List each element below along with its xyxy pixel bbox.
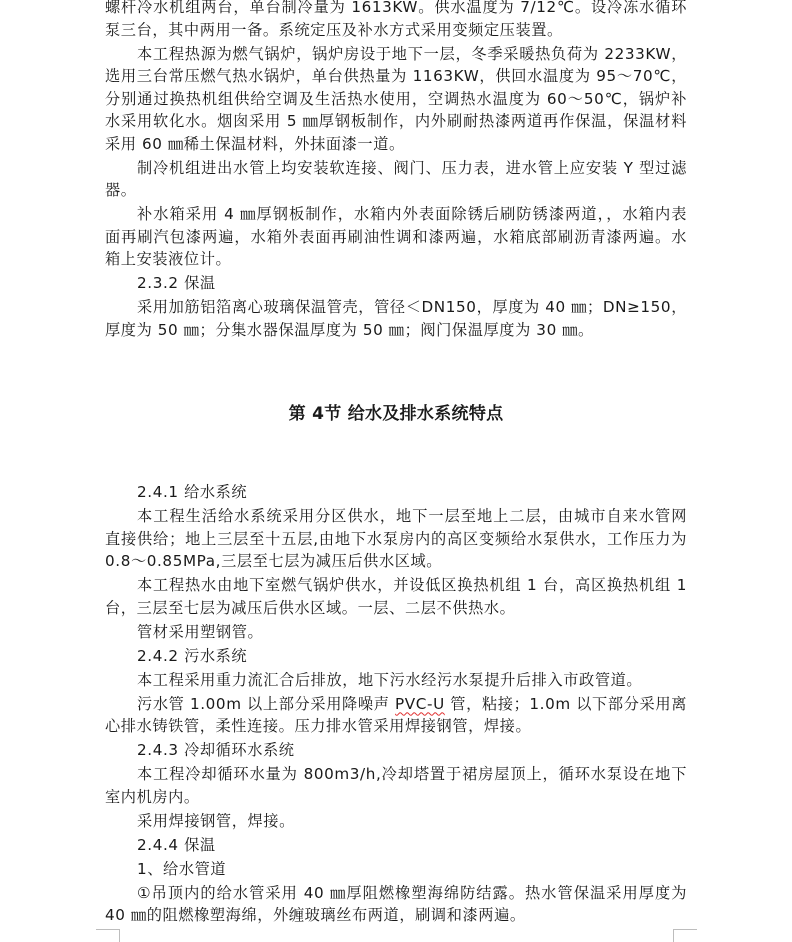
subheading-2-4-4: 2.4.4 保温 — [105, 834, 687, 857]
document-page: 螺杆冷水机组两台，单台制冷量为 1613KW。供水温度为 7/12℃。设冷冻水循… — [0, 0, 792, 942]
paragraph-chiller-units: 螺杆冷水机组两台，单台制冷量为 1613KW。供水温度为 7/12℃。设冷冻水循… — [105, 0, 687, 41]
paragraph-pipe-insulation: ①吊顶内的给水管采用 40 ㎜厚阻燃橡塑海绵防结露。热水管保温采用厚度为 40 … — [105, 882, 687, 927]
paragraph-welded-pipe: 采用焊接钢管，焊接。 — [105, 810, 687, 833]
paragraph-water-supply: 本工程生活给水系统采用分区供水，地下一层至地上二层，由城市自来水管网直接供给；地… — [105, 505, 687, 573]
paragraph-sewage-discharge: 本工程采用重力流汇合后排放，地下污水经污水泵提升后排入市政管道。 — [105, 669, 687, 692]
paragraph-heat-source: 本工程热源为燃气锅炉，锅炉房设于地下一层，冬季采暖热负荷为 2233KW，选用三… — [105, 43, 687, 156]
paragraph-hot-water: 本工程热水由地下室燃气锅炉供水，并设低区换热机组 1 台，高区换热机组 1 台，… — [105, 574, 687, 619]
subheading-2-4-2: 2.4.2 污水系统 — [105, 645, 687, 668]
section-heading-wrap: 第 4节 给水及排水系统特点 — [105, 341, 687, 481]
page-corner-mark-right — [673, 929, 697, 942]
paragraph-makeup-tank: 补水箱采用 4 ㎜厚钢板制作，水箱内外表面除锈后刷防锈漆两道，，水箱内表面再刷汽… — [105, 203, 687, 271]
subheading-2-3-2: 2.3.2 保温 — [105, 272, 687, 295]
paragraph-sewage-pipes: 污水管 1.00m 以上部分采用降噪声 PVC-U 管，粘接；1.0m 以下部分… — [105, 693, 687, 738]
list-heading-water-pipes: 1、给水管道 — [105, 858, 687, 881]
subheading-2-4-1: 2.4.1 给水系统 — [105, 481, 687, 504]
paragraph-pipe-material: 管材采用塑钢管。 — [105, 621, 687, 644]
paragraph-insulation: 采用加筋铝箔离心玻璃保温管壳，管径＜DN150，厚度为 40 ㎜；DN≥150，… — [105, 296, 687, 341]
paragraph-cooling-water: 本工程冷却循环水量为 800m3/h,冷却塔置于裙房屋顶上，循环水泵设在地下室内… — [105, 763, 687, 808]
subheading-2-4-3: 2.4.3 冷却循环水系统 — [105, 739, 687, 762]
paragraph-chiller-piping: 制冷机组进出水管上均安装软连接、阀门、压力表，进水管上应安装 Y 型过滤器。 — [105, 157, 687, 202]
spellcheck-flagged-word[interactable]: PVC-U — [395, 695, 445, 713]
section-heading: 第 4节 给水及排水系统特点 — [289, 399, 504, 424]
sewage-text-part1: 污水管 1.00m 以上部分采用降噪声 — [137, 695, 395, 713]
page-corner-mark-left — [96, 929, 120, 942]
page-content: 螺杆冷水机组两台，单台制冷量为 1613KW。供水温度为 7/12℃。设冷冻水循… — [105, 0, 687, 927]
